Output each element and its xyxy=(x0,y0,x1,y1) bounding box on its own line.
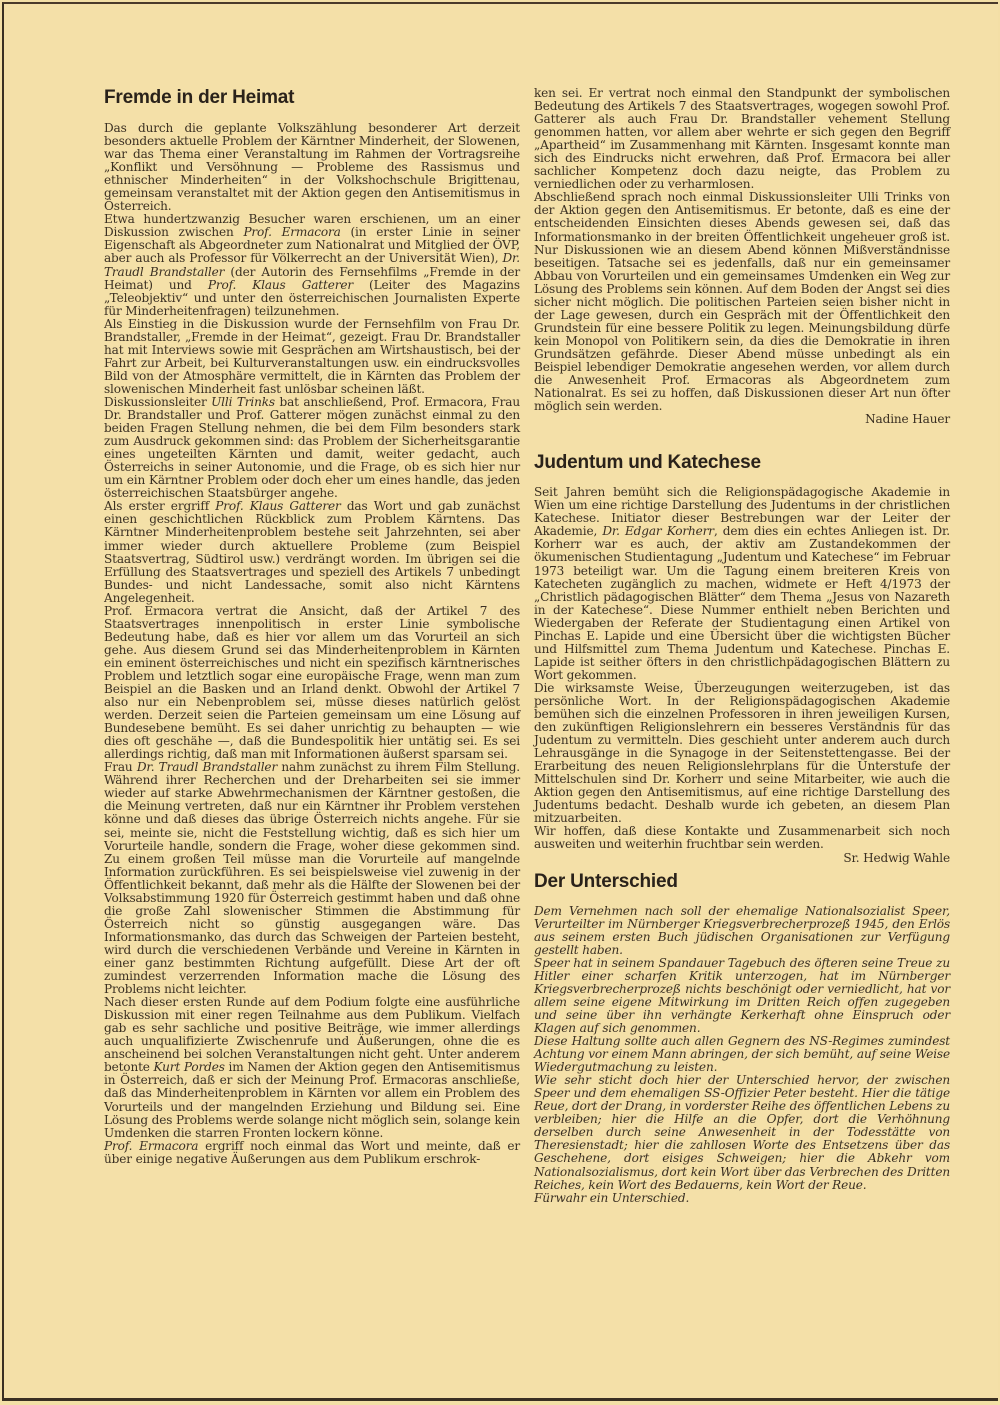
article-body-continued: ken sei. Er vertrat noch einmal den Stan… xyxy=(534,87,950,426)
person-name: Dr. Traudl Brandstaller xyxy=(137,760,277,774)
paragraph: Diese Haltung sollte auch allen Gegnern … xyxy=(534,1035,950,1074)
article-title: Der Unterschied xyxy=(534,871,950,893)
person-name: Prof. Ermacora xyxy=(243,225,340,239)
paragraph: Prof. Ermacora vertrat die Ansicht, daß … xyxy=(104,605,520,762)
paragraph: Diskussionsleiter Ulli Trinks bat anschl… xyxy=(104,396,520,500)
paragraph: Wie sehr sticht doch hier der Unterschie… xyxy=(534,1074,950,1191)
person-name: Dr. Traudl Brandstaller xyxy=(104,251,520,278)
paragraph: Fürwahr ein Unterschied. xyxy=(534,1192,950,1205)
paragraph: Das durch die geplante Volkszählung beso… xyxy=(104,122,520,213)
paragraph: Etwa hundertzwanzig Besucher waren ersch… xyxy=(104,213,520,317)
paragraph: Als erster ergriff Prof. Klaus Gatterer … xyxy=(104,500,520,604)
paragraph: Die wirksamste Weise, Überzeugungen weit… xyxy=(534,682,950,826)
author-signature: Sr. Hedwig Wahle xyxy=(534,852,950,865)
article-title: Fremde in der Heimat xyxy=(104,87,520,109)
document-page: Fremde in der Heimat Das durch die gepla… xyxy=(2,2,998,1401)
paragraph: Speer hat in seinem Spandauer Tagebuch d… xyxy=(534,957,950,1035)
person-name: Prof. Klaus Gatterer xyxy=(208,278,353,292)
paragraph: Wir hoffen, daß diese Kontakte und Zusam… xyxy=(534,825,950,851)
paragraph: Frau Dr. Traudl Brandstaller nahm zunäch… xyxy=(104,761,520,996)
paragraph: Nach dieser ersten Runde auf dem Podium … xyxy=(104,996,520,1140)
person-name: Ulli Trinks xyxy=(211,395,275,409)
paragraph: Dem Vernehmen nach soll der ehemalige Na… xyxy=(534,905,950,957)
article-body: Das durch die geplante Volkszählung beso… xyxy=(104,122,520,1166)
paragraph: ken sei. Er vertrat noch einmal den Stan… xyxy=(534,87,950,191)
article-title: Judentum und Katechese xyxy=(534,452,950,474)
person-name: Kurt Pordes xyxy=(154,1060,225,1074)
paragraph: Als Einstieg in die Diskussion wurde der… xyxy=(104,318,520,396)
person-name: Prof. Klaus Gatterer xyxy=(215,499,340,513)
person-name: Dr. Edgar Korherr xyxy=(602,524,714,538)
person-name: Prof. Ermacora xyxy=(104,1139,198,1153)
paragraph: Abschließend sprach noch einmal Diskussi… xyxy=(534,191,950,413)
author-signature: Nadine Hauer xyxy=(534,413,950,426)
column-right: ken sei. Er vertrat noch einmal den Stan… xyxy=(534,87,950,1205)
paragraph: Seit Jahren bemüht sich die Religionspäd… xyxy=(534,486,950,682)
article-unterschied: Der Unterschied Dem Vernehmen nach soll … xyxy=(534,871,950,1205)
paragraph: Prof. Ermacora ergriff noch einmal das W… xyxy=(104,1140,520,1166)
article-judentum: Judentum und Katechese Seit Jahren bemüh… xyxy=(534,452,950,864)
column-left: Fremde in der Heimat Das durch die gepla… xyxy=(104,87,520,1166)
